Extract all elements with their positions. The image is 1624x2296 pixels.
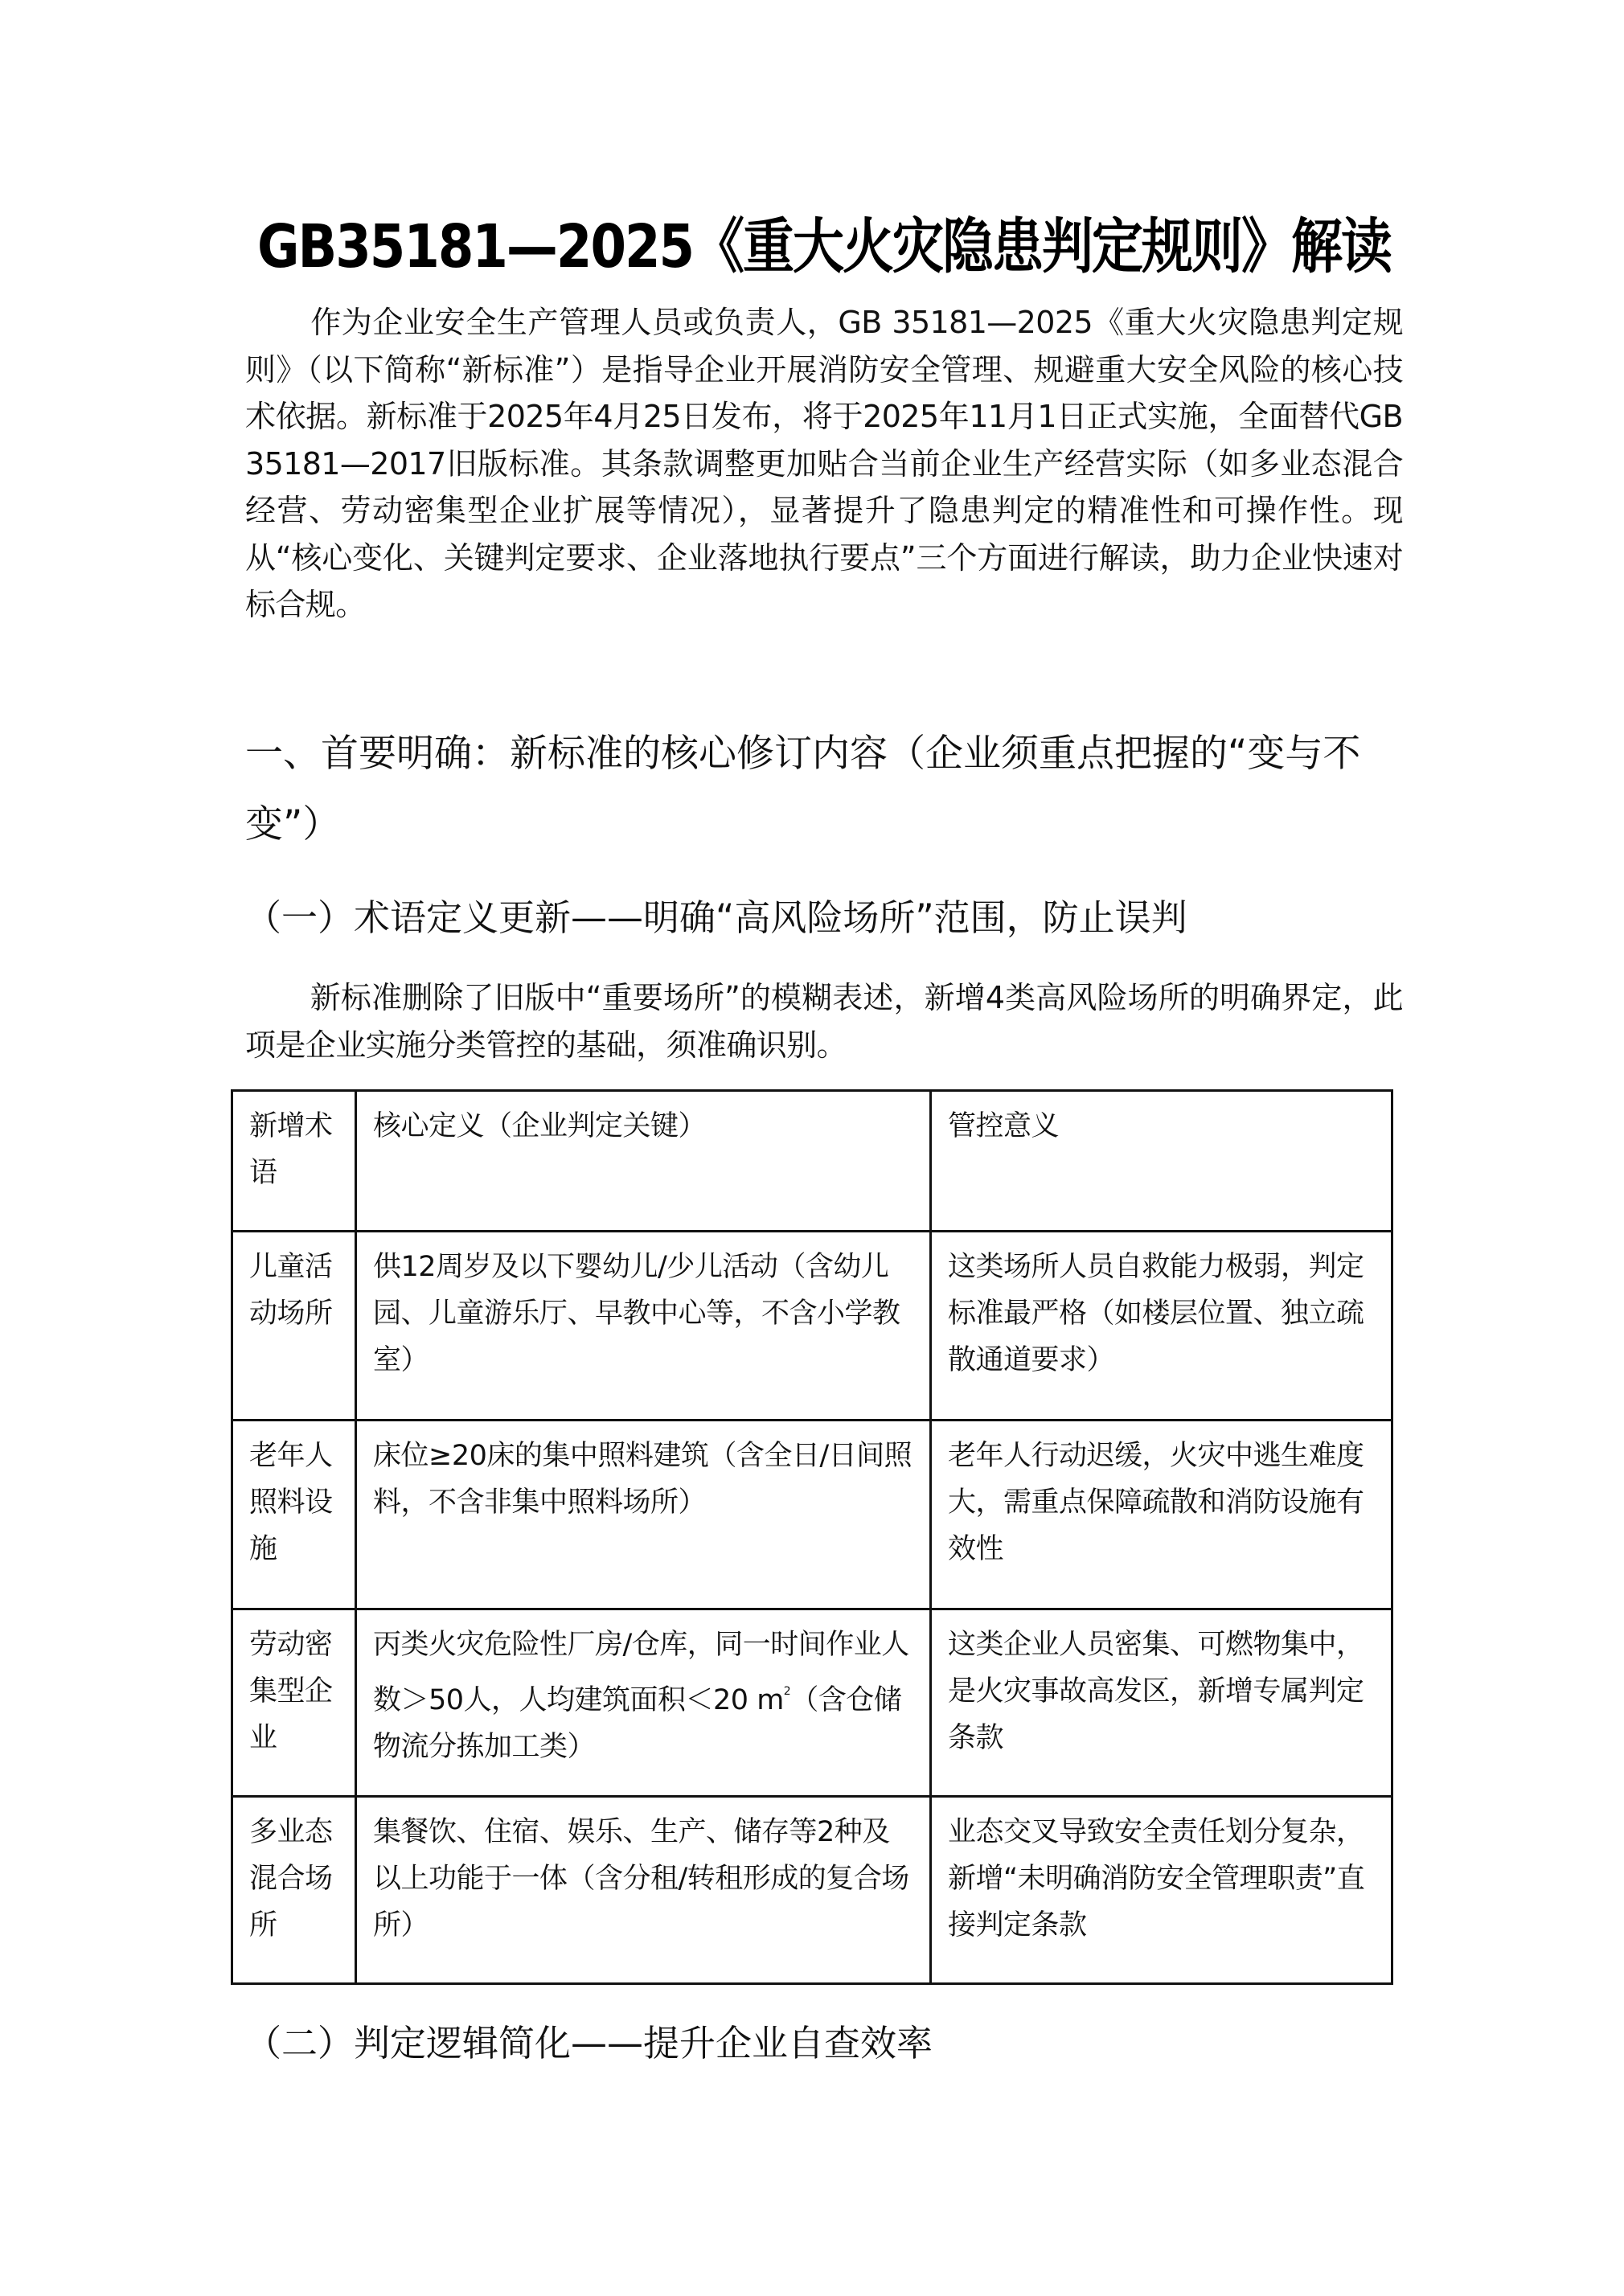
subsection-2-heading: （二）判定逻辑简化——提升企业自查效率 — [245, 2019, 933, 2068]
table-row: 老年人照料设施 床位≥20床的集中照料建筑（含全日/日间照料，不含非集中照料场所… — [232, 1421, 1392, 1609]
section-1-heading: 一、首要明确：新标准的核心修订内容（企业须重点把握的“变与不变”） — [245, 719, 1407, 860]
header-term: 新增术语 — [232, 1091, 356, 1232]
cell-definition: 床位≥20床的集中照料建筑（含全日/日间照料，不含非集中照料场所） — [356, 1421, 931, 1609]
subsection-1-heading: （一）术语定义更新——明确“高风险场所”范围，防止误判 — [245, 894, 1187, 942]
table-row: 劳动密集型企业 丙类火灾危险性厂房/仓库，同一时间作业人数＞50人，人均建筑面积… — [232, 1609, 1392, 1797]
table-row: 儿童活动场所 供12周岁及以下婴幼儿/少儿活动（含幼儿园、儿童游乐厅、早教中心等… — [232, 1232, 1392, 1421]
header-significance: 管控意义 — [931, 1091, 1392, 1232]
subsection-1-paragraph: 新标准删除了旧版中“重要场所”的模糊表述，新增4类高风险场所的明确界定，此项是企… — [245, 974, 1403, 1068]
cell-term: 劳动密集型企业 — [232, 1609, 356, 1797]
intro-paragraph: 作为企业安全生产管理人员或负责人，GB 35181—2025《重大火灾隐患判定规… — [245, 299, 1403, 629]
document-title: GB35181—2025《重大火灾隐患判定规则》解读 — [241, 211, 1407, 285]
header-definition: 核心定义（企业判定关键） — [356, 1091, 931, 1232]
cell-definition: 供12周岁及以下婴幼儿/少儿活动（含幼儿园、儿童游乐厅、早教中心等，不含小学教室… — [356, 1232, 931, 1421]
subsection-1-text: 新标准删除了旧版中“重要场所”的模糊表述，新增4类高风险场所的明确界定，此项是企… — [245, 980, 1403, 1063]
cell-significance: 业态交叉导致安全责任划分复杂，新增“未明确消防安全管理职责”直接判定条款 — [931, 1797, 1392, 1984]
table-header-row: 新增术语 核心定义（企业判定关键） 管控意义 — [232, 1091, 1392, 1232]
cell-term: 多业态混合场所 — [232, 1797, 356, 1984]
cell-term: 老年人照料设施 — [232, 1421, 356, 1609]
cell-significance: 这类企业人员密集、可燃物集中，是火灾事故高发区，新增专属判定条款 — [931, 1609, 1392, 1797]
cell-term: 儿童活动场所 — [232, 1232, 356, 1421]
table-row: 多业态混合场所 集餐饮、住宿、娱乐、生产、储存等2种及以上功能于一体（含分租/转… — [232, 1797, 1392, 1984]
cell-significance: 老年人行动迟缓，火灾中逃生难度大，需重点保障疏散和消防设施有效性 — [931, 1421, 1392, 1609]
superscript-2: 2 — [784, 1685, 790, 1698]
cell-definition: 集餐饮、住宿、娱乐、生产、储存等2种及以上功能于一体（含分租/转租形成的复合场所… — [356, 1797, 931, 1984]
cell-definition: 丙类火灾危险性厂房/仓库，同一时间作业人数＞50人，人均建筑面积＜20 m2（含… — [356, 1609, 931, 1797]
new-terms-table: 新增术语 核心定义（企业判定关键） 管控意义 儿童活动场所 供12周岁及以下婴幼… — [231, 1089, 1393, 1985]
intro-text: 作为企业安全生产管理人员或负责人，GB 35181—2025《重大火灾隐患判定规… — [245, 305, 1403, 622]
cell-significance: 这类场所人员自救能力极弱，判定标准最严格（如楼层位置、独立疏散通道要求） — [931, 1232, 1392, 1421]
